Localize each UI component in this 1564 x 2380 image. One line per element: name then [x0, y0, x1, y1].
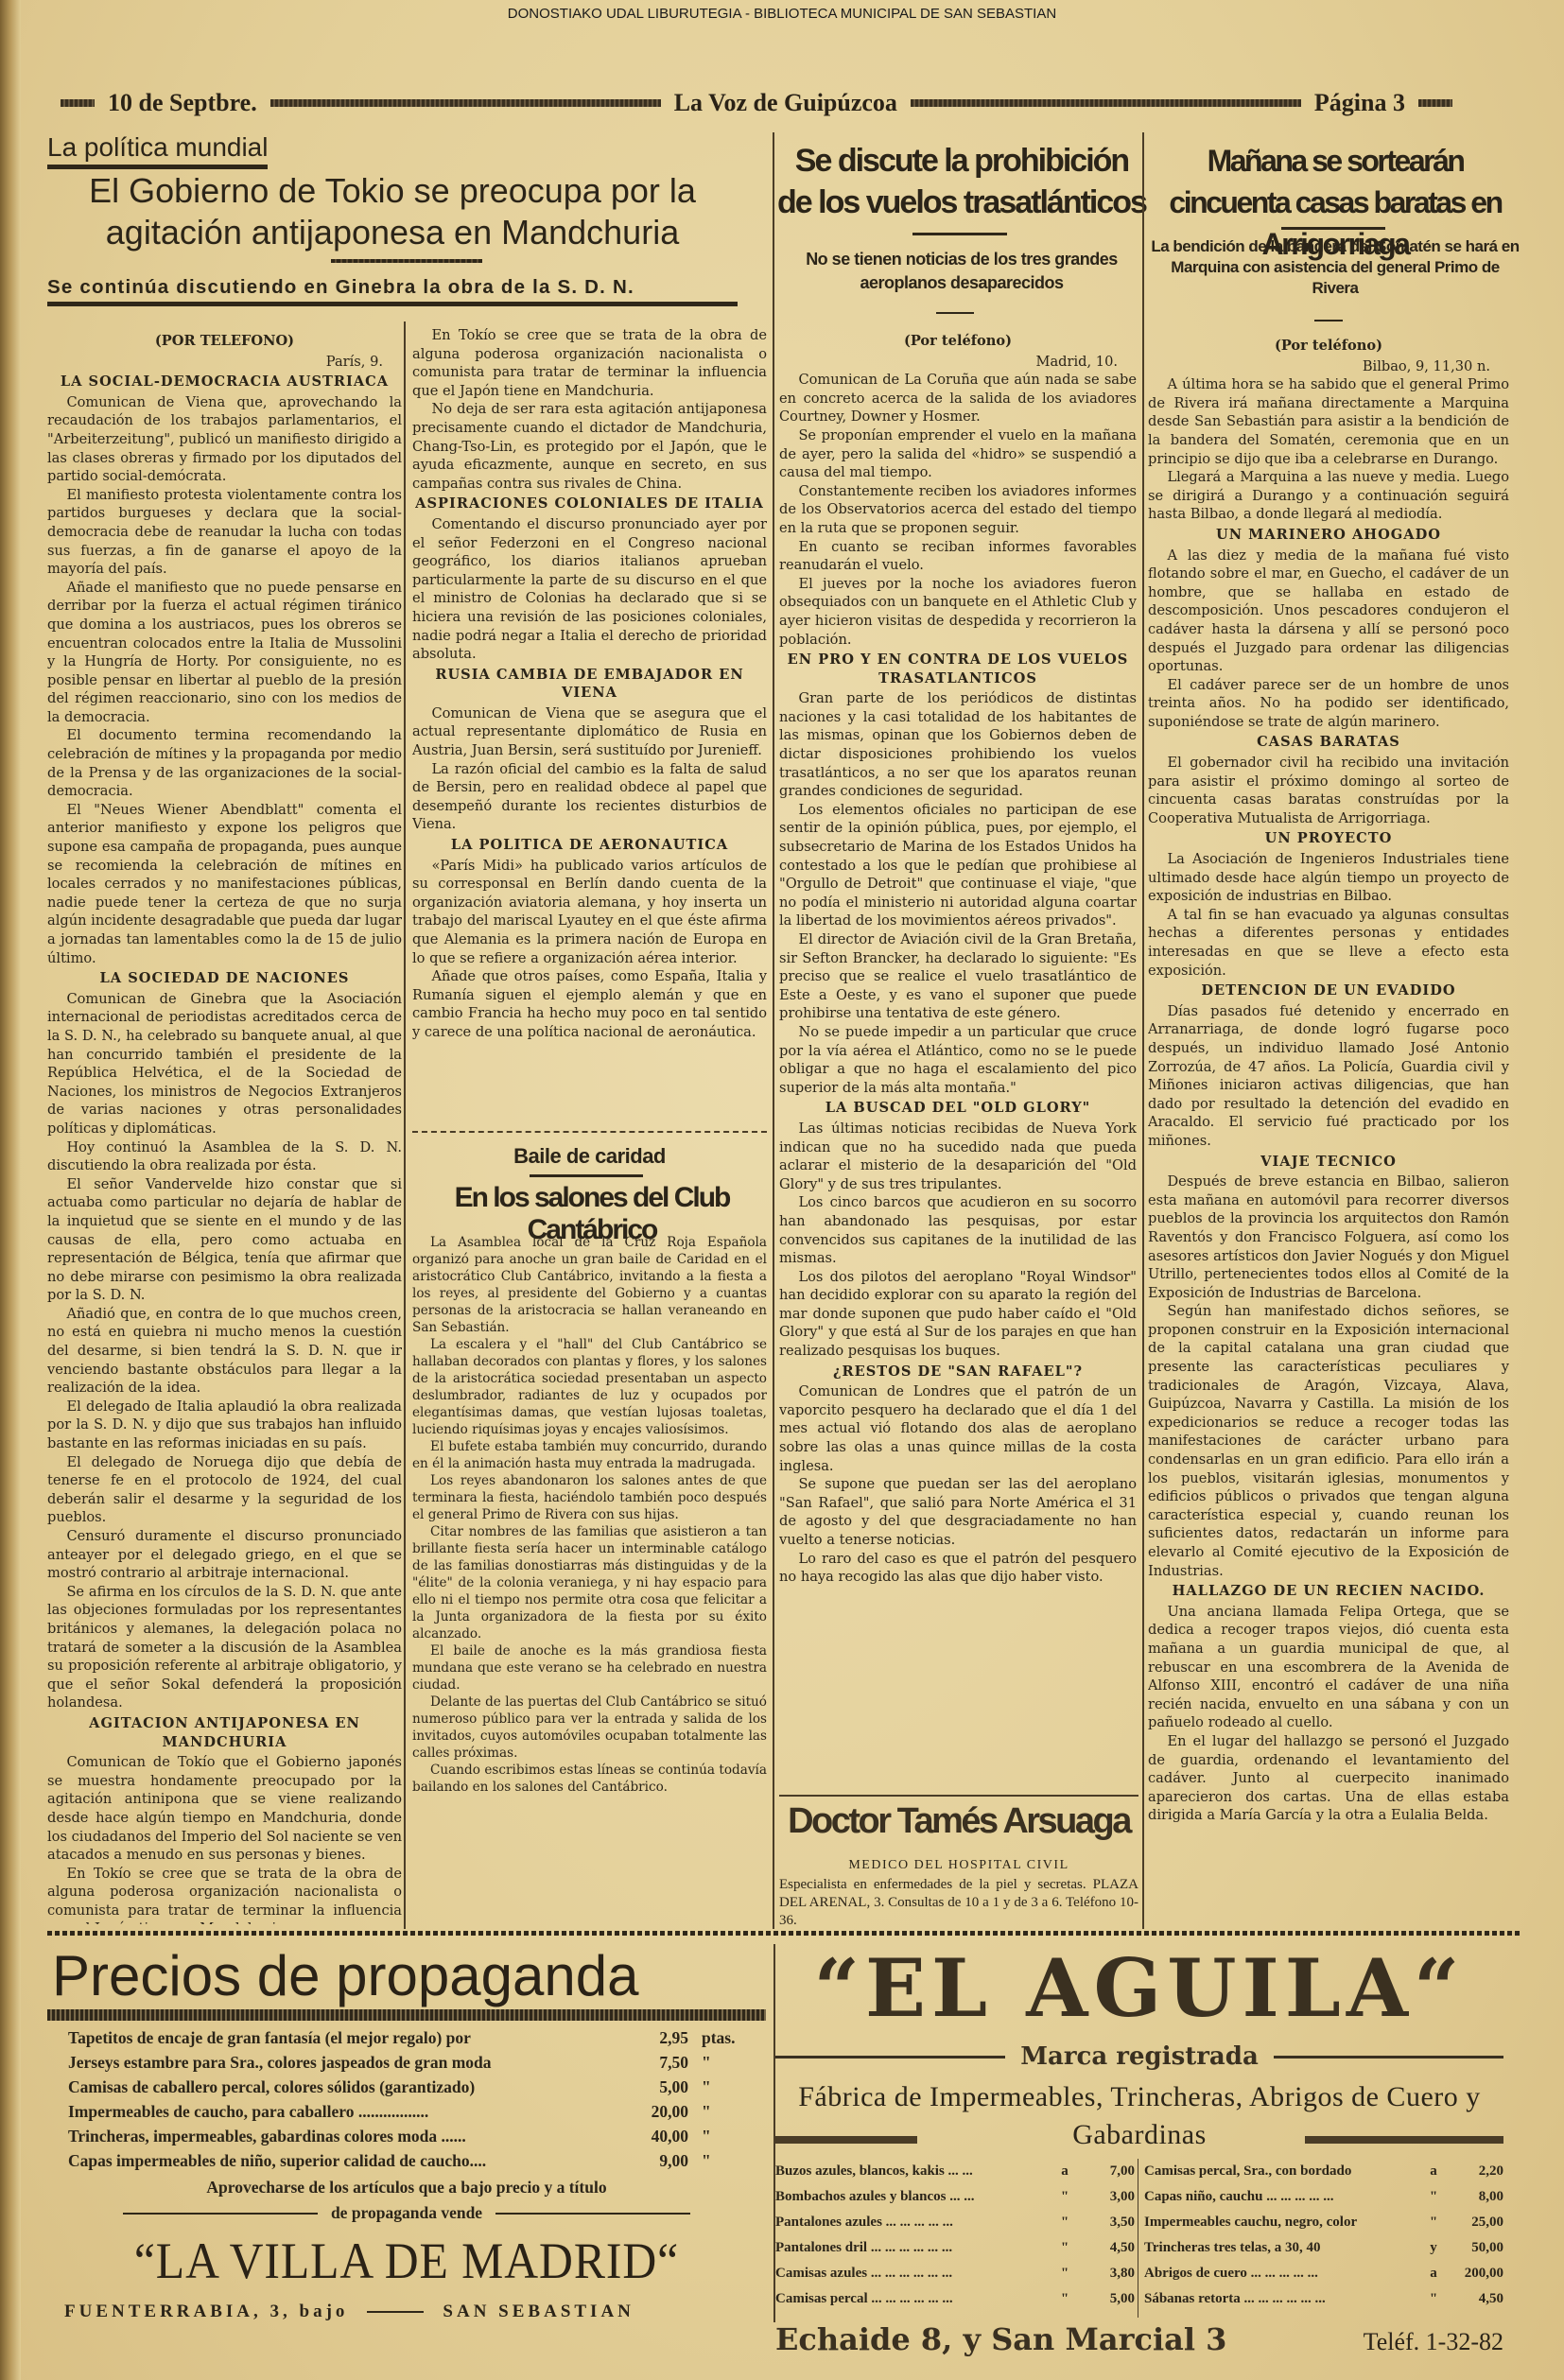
masthead: 10 de Septbre. La Voz de Guipúzcoa Págin…	[47, 90, 1466, 116]
price-row: Impermeables cauchu, negro, color"25,00	[1144, 2210, 1503, 2235]
masthead-rule	[270, 99, 661, 107]
tagline-rule	[495, 2213, 690, 2215]
headline-tokio: El Gobierno de Tokio se preocupa por la …	[47, 170, 738, 253]
item-price: 25,00	[1445, 2210, 1503, 2235]
paragraph: «París Midi» ha publicado varios artícul…	[412, 857, 767, 968]
el-aguila-price-list-right: Camisas percal, Sra., con bordadoa2,20Ca…	[1144, 2159, 1503, 2312]
el-aguila-brand: “EL AGUILA“	[775, 1943, 1503, 2034]
item-prefix: "	[1053, 2235, 1076, 2261]
price-row: Camisas percal, Sra., con bordadoa2,20	[1144, 2159, 1503, 2184]
section-heading: RUSIA CAMBIA DE EMBAJADOR EN VIENA	[412, 666, 767, 703]
paragraph: Añadió que, en contra de lo que muchos c…	[47, 1305, 402, 1398]
article-byline: (POR TELEFONO)	[47, 332, 402, 351]
page-section-rule	[47, 1931, 1522, 1936]
price-row: Camisas de caballero percal, colores sól…	[68, 2075, 758, 2099]
item-label: Pantalones azules ... ... ... ... ...	[775, 2210, 1053, 2235]
paragraph: No se puede impedir a un particular que …	[779, 1023, 1137, 1097]
article-casas-body: (Por teléfono)Bilbao, 9, 11,30 n.A últim…	[1148, 331, 1509, 1929]
paragraph: La Asamblea local de la Cruz Roja Españo…	[412, 1234, 767, 1336]
villa-madrid-ad-rule	[47, 2009, 766, 2021]
paragraph: Se proponían emprender el vuelo en la ma…	[779, 426, 1137, 482]
paragraph: El manifiesto protesta violentamente con…	[47, 486, 402, 579]
item-unit: ptas.	[688, 2025, 758, 2050]
masthead-page-number: Página 3	[1314, 89, 1405, 117]
villa-madrid-store-name: “LA VILLA DE MADRID“	[76, 2232, 737, 2290]
section-heading: LA BUSCAD DEL "OLD GLORY"	[779, 1099, 1137, 1118]
item-label: Camisas percal, Sra., con bordado	[1144, 2159, 1422, 2184]
paragraph: El documento termina recomendando la cel…	[47, 726, 402, 800]
price-row: Sábanas retorta ... ... ... ... ... ..."…	[1144, 2286, 1503, 2312]
paragraph: Añade que otros países, como España, Ita…	[412, 967, 767, 1041]
column-rule	[773, 132, 774, 1929]
masthead-rule	[911, 99, 1301, 107]
villa-madrid-tagline-2-row: de propaganda vende	[123, 2203, 690, 2223]
el-aguila-trademark: Marca registrada	[1005, 2042, 1274, 2071]
paragraph: Después de breve estancia en Bilbao, sal…	[1148, 1173, 1509, 1302]
paragraph: Se afirma en los círculos de la S. D. N.…	[47, 1583, 402, 1712]
item-label: Abrigos de cuero ... ... ... ... ...	[1144, 2261, 1422, 2286]
item-label: Tapetitos de encaje de gran fantasía (el…	[68, 2025, 622, 2050]
el-aguila-address-row: Echaide 8, y San Marcial 3 Teléf. 1-32-8…	[775, 2321, 1503, 2357]
article-tokio-column-1: (POR TELEFONO)París, 9.LA SOCIAL-DEMOCRA…	[47, 326, 402, 1924]
item-prefix: "	[1053, 2261, 1076, 2286]
paragraph: Comunican de Viena que se asegura que el…	[412, 704, 767, 760]
paragraph: Lo raro del caso es que el patrón del pe…	[779, 1550, 1137, 1587]
villa-madrid-city: SAN SEBASTIAN	[443, 2302, 634, 2322]
article-tokio-column-2: En Tokío se cree que se trata de la obra…	[412, 326, 767, 1121]
item-prefix: "	[1053, 2184, 1076, 2210]
headline-divider	[331, 259, 482, 263]
paragraph: Añade el manifiesto que no puede pensars…	[47, 579, 402, 727]
price-row: Abrigos de cuero ... ... ... ... ...a200…	[1144, 2261, 1503, 2286]
item-prefix: a	[1053, 2159, 1076, 2184]
paragraph: El señor Vandervelde hizo constar que si…	[47, 1175, 402, 1305]
column-rule	[404, 321, 406, 1929]
item-price: 20,00	[622, 2099, 688, 2124]
villa-madrid-tagline-1: Aprovecharse de los artículos que a bajo…	[47, 2178, 766, 2198]
paragraph: Hoy continuó la Asamblea de la S. D. N. …	[47, 1138, 402, 1175]
villa-madrid-tagline-2: de propaganda vende	[318, 2203, 495, 2223]
paragraph: Constantemente reciben los aviadores inf…	[779, 482, 1137, 538]
section-heading: LA POLITICA DE AERONAUTICA	[412, 836, 767, 855]
item-price: 5,00	[1076, 2286, 1135, 2312]
item-label: Impermeables cauchu, negro, color	[1144, 2210, 1422, 2235]
item-unit: "	[688, 2075, 758, 2099]
item-unit: "	[688, 2050, 758, 2075]
paragraph: Llegará a Marquina a las nueve y media. …	[1148, 468, 1509, 524]
section-heading: AGITACION ANTIJAPONESA EN MANDCHURIA	[47, 1714, 402, 1751]
item-unit: "	[688, 2124, 758, 2148]
paragraph: La Asociación de Ingenieros Industriales…	[1148, 850, 1509, 906]
item-label: Trincheras, impermeables, gabardinas col…	[68, 2124, 622, 2148]
paragraph: El delegado de Italia aplaudió la obra r…	[47, 1398, 402, 1453]
item-price: 2,95	[622, 2025, 688, 2050]
item-price: 5,00	[622, 2075, 688, 2099]
section-heading: DETENCION DE UN EVADIDO	[1148, 982, 1509, 1000]
item-price: 2,20	[1445, 2159, 1503, 2184]
library-banner: DONOSTIAKO UDAL LIBURUTEGIA - BIBLIOTECA…	[0, 6, 1564, 22]
villa-madrid-ad-title: Precios de propaganda	[52, 1943, 771, 2009]
article-divider	[412, 1131, 767, 1135]
price-list-divider	[1138, 2159, 1138, 2318]
paragraph: Gran parte de los periódicos de distinta…	[779, 689, 1137, 801]
item-price: 8,00	[1445, 2184, 1503, 2210]
item-label: Buzos azules, blancos, kakis ... ...	[775, 2159, 1053, 2184]
paragraph: El baile de anoche es la más grandiosa f…	[412, 1642, 767, 1694]
villa-madrid-address: FUENTERRABIA, 3, bajo	[64, 2302, 348, 2322]
item-price: 40,00	[622, 2124, 688, 2148]
headline-vuelos: Se discute la prohibición de los vuelos …	[777, 140, 1146, 223]
item-price: 4,50	[1445, 2286, 1503, 2312]
el-aguila-price-list-left: Buzos azules, blancos, kakis ... ...a7,0…	[775, 2159, 1135, 2312]
doctor-ad-text: Especialista en enfermedades de la piel …	[779, 1876, 1138, 1929]
ad-divider	[779, 1795, 1138, 1797]
price-row: Tapetitos de encaje de gran fantasía (el…	[68, 2025, 758, 2050]
item-prefix: "	[1422, 2184, 1445, 2210]
item-label: Sábanas retorta ... ... ... ... ... ...	[1144, 2286, 1422, 2312]
item-label: Jerseys estambre para Sra., colores jasp…	[68, 2050, 622, 2075]
villa-madrid-price-list: Tapetitos de encaje de gran fantasía (el…	[68, 2025, 758, 2173]
item-label: Camisas de caballero percal, colores sól…	[68, 2075, 622, 2099]
paragraph: En Tokío se cree que se trata de la obra…	[47, 1865, 402, 1924]
tagline-rule	[123, 2213, 318, 2215]
paragraph: El jueves por la noche los aviadores fue…	[779, 575, 1137, 649]
paragraph: La escalera y el "hall" del Club Cantábr…	[412, 1336, 767, 1438]
paragraph: Una anciana llamada Felipa Ortega, que s…	[1148, 1603, 1509, 1732]
paragraph: El director de Aviación civil de la Gran…	[779, 930, 1137, 1023]
price-row: Jerseys estambre para Sra., colores jasp…	[68, 2050, 758, 2075]
doctor-ad-name: Doctor Tamés Arsuaga	[775, 1801, 1142, 1842]
item-label: Capas impermeables de niño, superior cal…	[68, 2148, 622, 2173]
price-row: Trincheras, impermeables, gabardinas col…	[68, 2124, 758, 2148]
deck-divider	[1314, 320, 1343, 321]
paragraph: El cadáver parece ser de un hombre de un…	[1148, 676, 1509, 732]
price-row: Capas impermeables de niño, superior cal…	[68, 2148, 758, 2173]
section-heading: HALLAZGO DE UN RECIEN NACIDO.	[1148, 1582, 1509, 1601]
paragraph: El delegado de Noruega dijo que debía de…	[47, 1453, 402, 1527]
item-label: Bombachos azules y blancos ... ...	[775, 2184, 1053, 2210]
price-row: Pantalones azules ... ... ... ... ..."3,…	[775, 2210, 1135, 2235]
paragraph: El bufete estaba también muy concurrido,…	[412, 1438, 767, 1472]
section-heading: CASAS BARATAS	[1148, 733, 1509, 752]
el-aguila-phone: Teléf. 1-32-82	[1364, 2328, 1503, 2356]
item-prefix: "	[1053, 2286, 1076, 2312]
item-label: Impermeables de caucho, para caballero .…	[68, 2099, 622, 2124]
paragraph: Cuando escribimos estas líneas se contin…	[412, 1762, 767, 1796]
section-heading: LA SOCIAL-DEMOCRACIA AUSTRIACA	[47, 373, 402, 391]
el-aguila-address: Echaide 8, y San Marcial 3	[775, 2321, 1226, 2357]
paragraph: Comentando el discurso pronunciado ayer …	[412, 515, 767, 664]
item-prefix: "	[1422, 2210, 1445, 2235]
masthead-newspaper-name: La Voz de Guipúzcoa	[674, 89, 897, 117]
price-row: Trincheras tres telas, a 30, 40y50,00	[1144, 2235, 1503, 2261]
description-rule	[775, 2136, 917, 2144]
paragraph: El "Neues Wiener Abendblatt" comenta el …	[47, 801, 402, 967]
section-kicker: La política mundial	[47, 132, 268, 169]
item-prefix: a	[1422, 2261, 1445, 2286]
paragraph: Comunican de Viena que, aprovechando la …	[47, 393, 402, 486]
paragraph: A última hora se ha sabido que el genera…	[1148, 375, 1509, 468]
price-row: Pantalones dril ... ... ... ... ... ..."…	[775, 2235, 1135, 2261]
masthead-rule	[61, 99, 95, 107]
price-row: Camisas percal ... ... ... ... ... ..."5…	[775, 2286, 1135, 2312]
paragraph: En Tokío se cree que se trata de la obra…	[412, 326, 767, 400]
article-byline: (Por teléfono)	[1148, 337, 1509, 356]
item-price: 7,50	[622, 2050, 688, 2075]
section-heading: EN PRO Y EN CONTRA DE LOS VUELOS TRASATL…	[779, 651, 1137, 687]
headline-divider	[912, 233, 1007, 235]
paragraph: En cuanto se reciban informes favorables…	[779, 538, 1137, 575]
item-label: Capas niño, cauchu ... ... ... ... ...	[1144, 2184, 1422, 2210]
section-heading: ASPIRACIONES COLONIALES DE ITALIA	[412, 495, 767, 513]
villa-madrid-address-row: FUENTERRABIA, 3, bajo SAN SEBASTIAN	[64, 2302, 764, 2322]
paragraph: Comunican de La Coruña que aún nada se s…	[779, 371, 1137, 426]
item-label: Trincheras tres telas, a 30, 40	[1144, 2235, 1422, 2261]
item-label: Camisas azules ... ... ... ... ... ...	[775, 2261, 1053, 2286]
trademark-rule	[775, 2056, 1005, 2059]
price-row: Bombachos azules y blancos ... ..."3,00	[775, 2184, 1135, 2210]
paragraph: No deja de ser rara esta agitación antij…	[412, 400, 767, 493]
subhead-tokio: Se continúa discutiendo en Ginebra la ob…	[47, 276, 738, 306]
paragraph: A tal fin se han evacuado ya algunas con…	[1148, 906, 1509, 980]
column-rule	[1142, 132, 1144, 1929]
item-price: 9,00	[622, 2148, 688, 2173]
item-label: Pantalones dril ... ... ... ... ... ...	[775, 2235, 1053, 2261]
masthead-date: 10 de Septbre.	[108, 89, 257, 117]
article-dateline: París, 9.	[47, 353, 402, 372]
paragraph: La razón oficial del cambio es la falta …	[412, 760, 767, 834]
item-price: 3,80	[1076, 2261, 1135, 2286]
paragraph: A las diez y media de la mañana fué vist…	[1148, 547, 1509, 676]
item-price: 3,50	[1076, 2210, 1135, 2235]
price-row: Camisas azules ... ... ... ... ... ..."3…	[775, 2261, 1135, 2286]
paragraph: En el lugar del hallazgo se personó el J…	[1148, 1732, 1509, 1825]
section-heading: LA SOCIEDAD DE NACIONES	[47, 969, 402, 988]
paragraph: Los dos pilotos del aeroplano "Royal Win…	[779, 1268, 1137, 1361]
item-price: 7,00	[1076, 2159, 1135, 2184]
paragraph: Las últimas noticias recibidas de Nueva …	[779, 1120, 1137, 1193]
item-price: 50,00	[1445, 2235, 1503, 2261]
paragraph: Citar nombres de las familias que asisti…	[412, 1523, 767, 1642]
paragraph: Comunican de Londres que el patrón de un…	[779, 1382, 1137, 1475]
item-price: 3,00	[1076, 2184, 1135, 2210]
item-unit: "	[688, 2148, 758, 2173]
section-heading: VIAJE TECNICO	[1148, 1153, 1509, 1172]
price-row: Buzos azules, blancos, kakis ... ...a7,0…	[775, 2159, 1135, 2184]
price-row: Impermeables de caucho, para caballero .…	[68, 2099, 758, 2124]
item-prefix: a	[1422, 2159, 1445, 2184]
baile-divider	[530, 1174, 643, 1177]
paragraph: Se supone que puedan ser las del aeropla…	[779, 1475, 1137, 1549]
paragraph: Delante de las puertas del Club Cantábri…	[412, 1694, 767, 1762]
page-spine-shadow	[0, 0, 21, 2380]
trademark-rule	[1274, 2056, 1503, 2059]
paragraph: Los cinco barcos que acudieron en su soc…	[779, 1193, 1137, 1267]
article-dateline: Madrid, 10.	[779, 353, 1137, 372]
doctor-ad-title: MEDICO DEL HOSPITAL CIVIL	[779, 1858, 1138, 1873]
item-price: 200,00	[1445, 2261, 1503, 2286]
paragraph: Los reyes abandonaron los salones antes …	[412, 1472, 767, 1523]
el-aguila-trademark-row: Marca registrada	[775, 2042, 1503, 2071]
paragraph: Según han manifestado dichos señores, se…	[1148, 1302, 1509, 1580]
masthead-rule	[1418, 99, 1452, 107]
paragraph: Los elementos oficiales no participan de…	[779, 801, 1137, 930]
item-price: 4,50	[1076, 2235, 1135, 2261]
price-row: Capas niño, cauchu ... ... ... ... ..."8…	[1144, 2184, 1503, 2210]
deck-divider	[936, 312, 974, 314]
article-dateline: Bilbao, 9, 11,30 n.	[1148, 357, 1509, 376]
baile-kicker: Baile de caridad	[412, 1144, 767, 1169]
article-byline: (Por teléfono)	[779, 332, 1137, 351]
address-dash	[367, 2311, 424, 2313]
article-vuelos-body: (Por teléfono)Madrid, 10.Comunican de La…	[779, 326, 1137, 1778]
section-heading: UN PROYECTO	[1148, 829, 1509, 848]
section-heading: ¿RESTOS DE "SAN RAFAEL"?	[779, 1363, 1137, 1381]
paragraph: Comunican de Tokío que el Gobierno japon…	[47, 1753, 402, 1865]
item-prefix: "	[1053, 2210, 1076, 2235]
headline-divider	[1281, 227, 1385, 230]
deck-vuelos: No se tienen noticias de los tres grande…	[777, 248, 1146, 295]
section-heading: UN MARINERO AHOGADO	[1148, 526, 1509, 545]
description-rule	[1305, 2136, 1503, 2144]
deck-casas: La bendición de la bandera del Somatén s…	[1148, 236, 1522, 299]
item-unit: "	[688, 2099, 758, 2124]
item-prefix: y	[1422, 2235, 1445, 2261]
article-baile-body: La Asamblea local de la Cruz Roja Españo…	[412, 1234, 767, 1924]
paragraph: Censuró duramente el discurso pronunciad…	[47, 1527, 402, 1583]
paragraph: Comunican de Ginebra que la Asociación i…	[47, 990, 402, 1138]
paragraph: Días pasados fué detenido y encerrado en…	[1148, 1002, 1509, 1151]
item-prefix: "	[1422, 2286, 1445, 2312]
item-label: Camisas percal ... ... ... ... ... ...	[775, 2286, 1053, 2312]
paragraph: El gobernador civil ha recibido una invi…	[1148, 754, 1509, 827]
